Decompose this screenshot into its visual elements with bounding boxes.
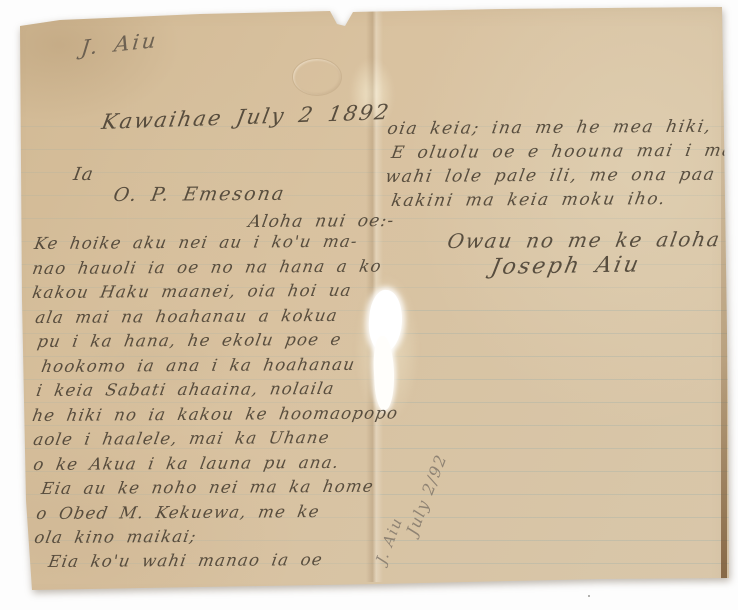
scanned-letter-background: J. Aiu Kawaihae July 2 1892 Ia O. P. Eme…: [0, 0, 738, 610]
letter-sheet-wrapper: J. Aiu Kawaihae July 2 1892 Ia O. P. Eme…: [0, 0, 738, 610]
letter-sheet: J. Aiu Kawaihae July 2 1892 Ia O. P. Eme…: [0, 0, 738, 610]
scan-speck: [588, 595, 590, 597]
paper-edge-vignette: [0, 0, 738, 610]
